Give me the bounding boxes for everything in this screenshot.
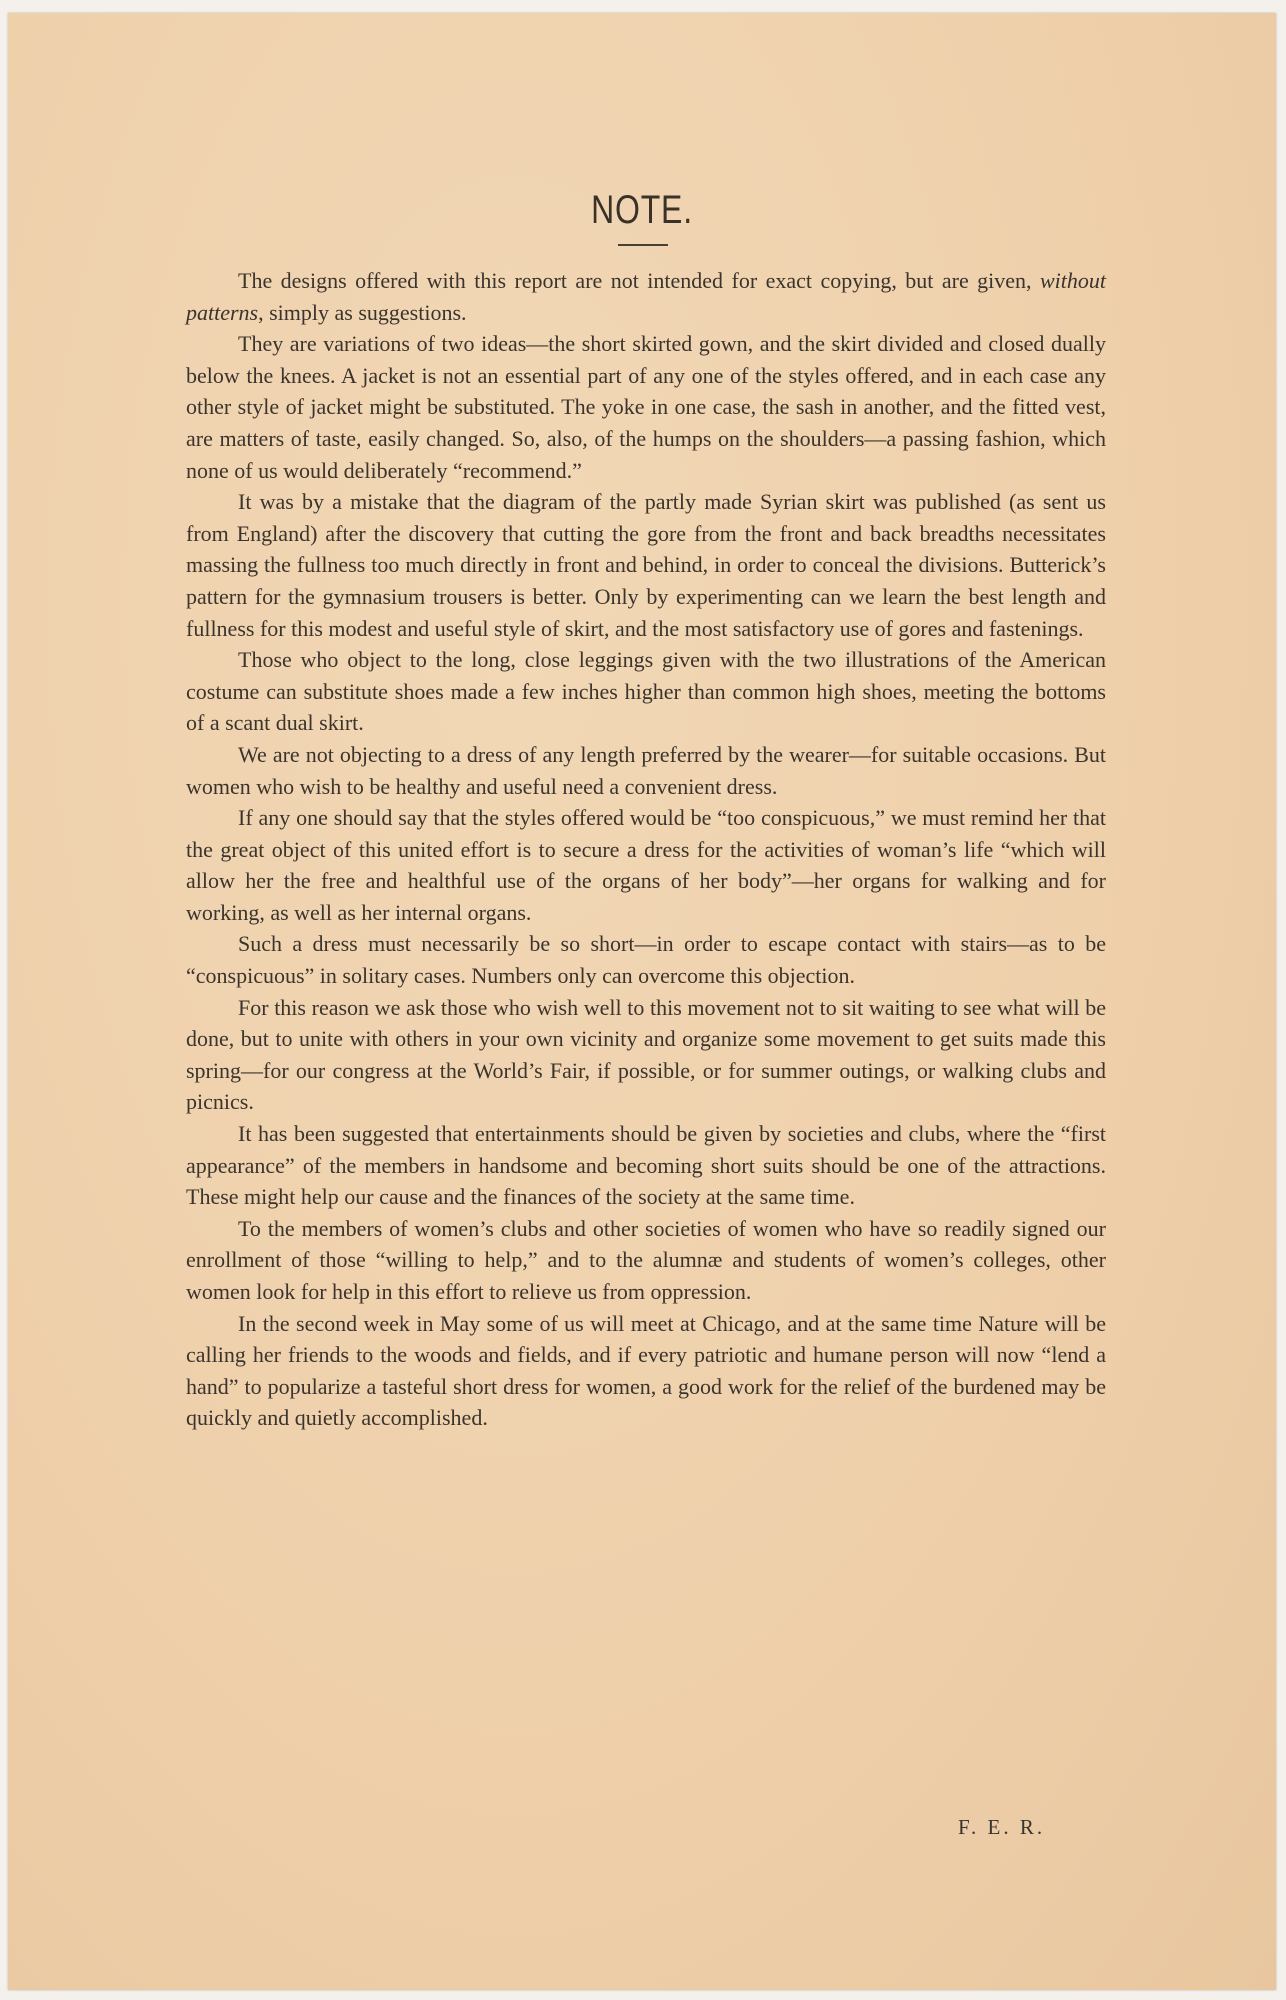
document-page: NOTE. The designs offered with this repo… [8, 13, 1276, 1990]
paragraph: Those who object to the long, close legg… [186, 644, 1106, 739]
paragraph: It has been suggested that entertainment… [186, 1118, 1106, 1213]
title-divider [618, 244, 668, 246]
paragraph: It was by a mistake that the diagram of … [186, 486, 1106, 644]
paragraph: They are variations of two ideas—the sho… [186, 328, 1106, 486]
paragraph: To the members of women’s clubs and othe… [186, 1213, 1106, 1308]
paragraph: The designs offered with this report are… [186, 265, 1106, 328]
signature: F. E. R. [958, 1815, 1045, 1840]
paragraph: Such a dress must necessarily be so shor… [186, 928, 1106, 991]
page-title: NOTE. [135, 188, 1149, 233]
paragraph: We are not objecting to a dress of any l… [186, 739, 1106, 802]
paragraph: If any one should say that the styles of… [186, 802, 1106, 928]
note-body: The designs offered with this report are… [186, 265, 1106, 1434]
paragraph: In the second week in May some of us wil… [186, 1308, 1106, 1434]
paragraph: For this reason we ask those who wish we… [186, 992, 1106, 1118]
